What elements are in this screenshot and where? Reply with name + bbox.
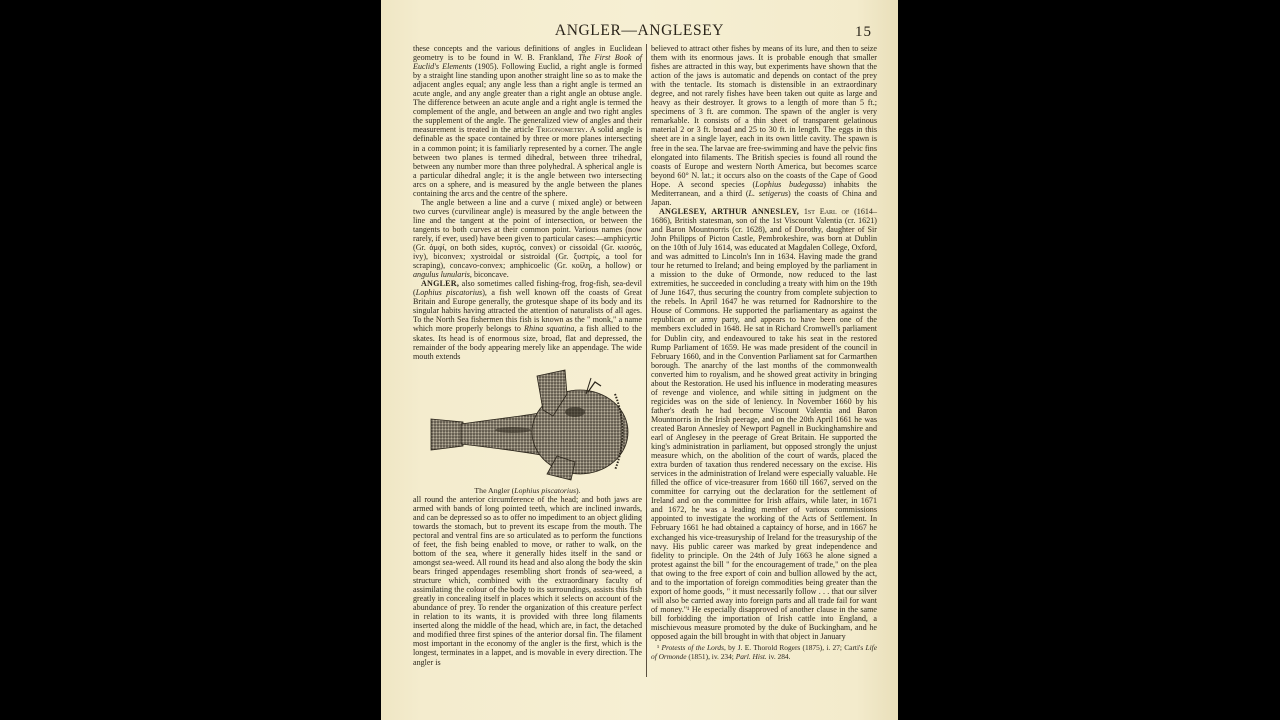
book-page: ANGLER—ANGLESEY 15 these concepts and th… [381, 0, 898, 720]
running-header: ANGLER—ANGLESEY 15 [381, 20, 898, 42]
right-column: believed to attract other fishes by mean… [651, 44, 877, 661]
page-number: 15 [855, 24, 872, 41]
page-title: ANGLER—ANGLESEY [381, 22, 898, 40]
column-divider [646, 44, 647, 677]
paragraph-mixed-angle: The angle between a line and a curve ( m… [413, 198, 642, 279]
angler-fish-illustration [413, 364, 642, 484]
angler-fish-icon [425, 364, 630, 484]
paragraph-angler-continued: all round the anterior circumference of … [413, 495, 642, 667]
entry-angler: ANGLER, also sometimes called fishing-fr… [413, 279, 642, 360]
figure-caption: The Angler (Lophius piscatorius). [413, 486, 642, 495]
entry-anglesey: ANGLESEY, ARTHUR ANNESLEY, 1st Earl of (… [651, 207, 877, 641]
paragraph-angler-lure: believed to attract other fishes by mean… [651, 44, 877, 207]
headword-angler: ANGLER, [421, 279, 459, 288]
footnote: ¹ Protests of the Lords, by J. E. Thorol… [651, 644, 877, 661]
left-column: these concepts and the various definitio… [413, 44, 642, 667]
headword-anglesey: ANGLESEY, ARTHUR ANNESLEY, [659, 207, 799, 216]
paragraph-angle-continued: these concepts and the various definitio… [413, 44, 642, 198]
